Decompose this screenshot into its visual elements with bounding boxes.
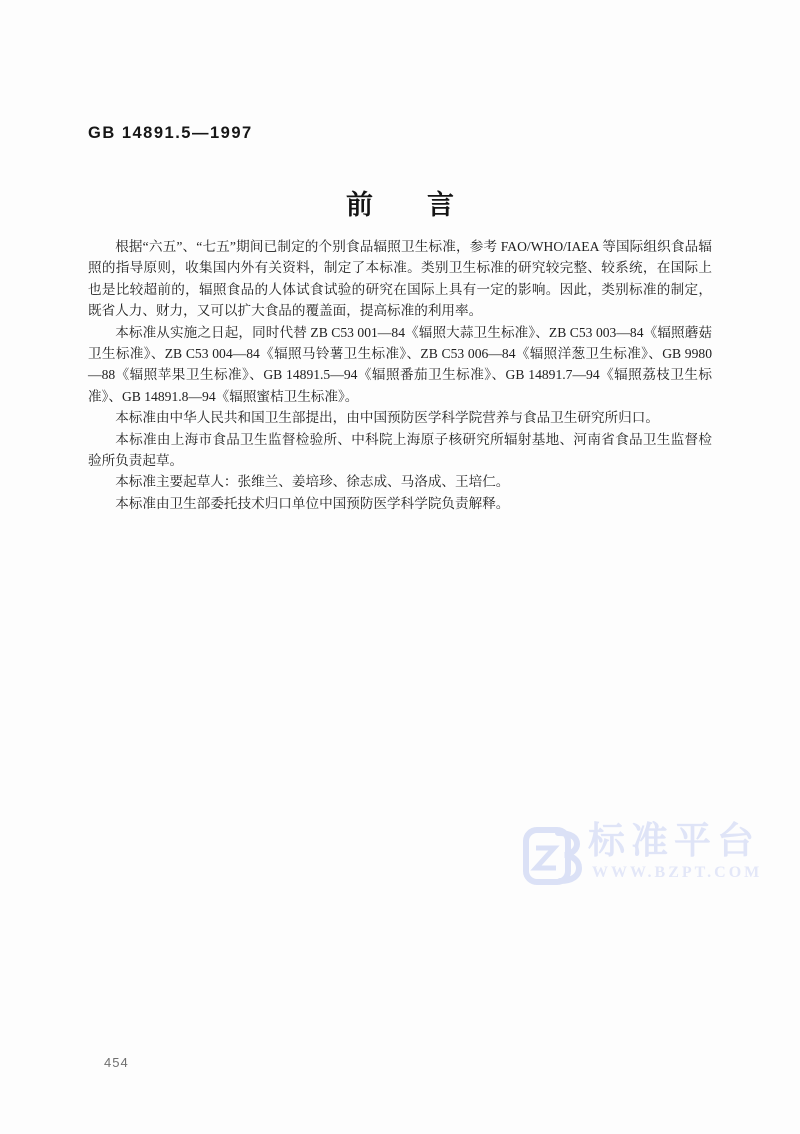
foreword-body: 根据“六五”、“七五”期间已制定的个别食品辐照卫生标准，参考 FAO/WHO/I… xyxy=(88,236,712,514)
foreword-paragraph: 本标准从实施之日起，同时代替 ZB C53 001—84《辐照大蒜卫生标准》、Z… xyxy=(88,322,712,408)
foreword-paragraph: 根据“六五”、“七五”期间已制定的个别食品辐照卫生标准，参考 FAO/WHO/I… xyxy=(88,236,712,322)
foreword-paragraph: 本标准由中华人民共和国卫生部提出，由中国预防医学科学院营养与食品卫生研究所归口。 xyxy=(88,407,712,428)
page-title: 前 言 xyxy=(0,183,800,222)
foreword-paragraph: 本标准主要起草人：张维兰、姜培珍、徐志成、马洛成、王培仁。 xyxy=(88,471,712,492)
standard-number: GB 14891.5—1997 xyxy=(88,124,253,143)
document-page: GB 14891.5—1997 前 言 根据“六五”、“七五”期间已制定的个别食… xyxy=(0,0,800,1134)
watermark: 标准平台 WWW.BZPT.COM xyxy=(522,820,762,895)
foreword-paragraph: 本标准由上海市食品卫生监督检验所、中科院上海原子核研究所辐射基地、河南省食品卫生… xyxy=(88,429,712,472)
bzpt-logo-icon xyxy=(522,826,584,895)
watermark-text: 标准平台 WWW.BZPT.COM xyxy=(588,820,762,882)
watermark-site-url: WWW.BZPT.COM xyxy=(592,864,762,882)
page-number: 454 xyxy=(104,1055,129,1070)
foreword-paragraph: 本标准由卫生部委托技术归口单位中国预防医学科学院负责解释。 xyxy=(88,493,712,514)
watermark-site-name: 标准平台 xyxy=(588,820,762,862)
